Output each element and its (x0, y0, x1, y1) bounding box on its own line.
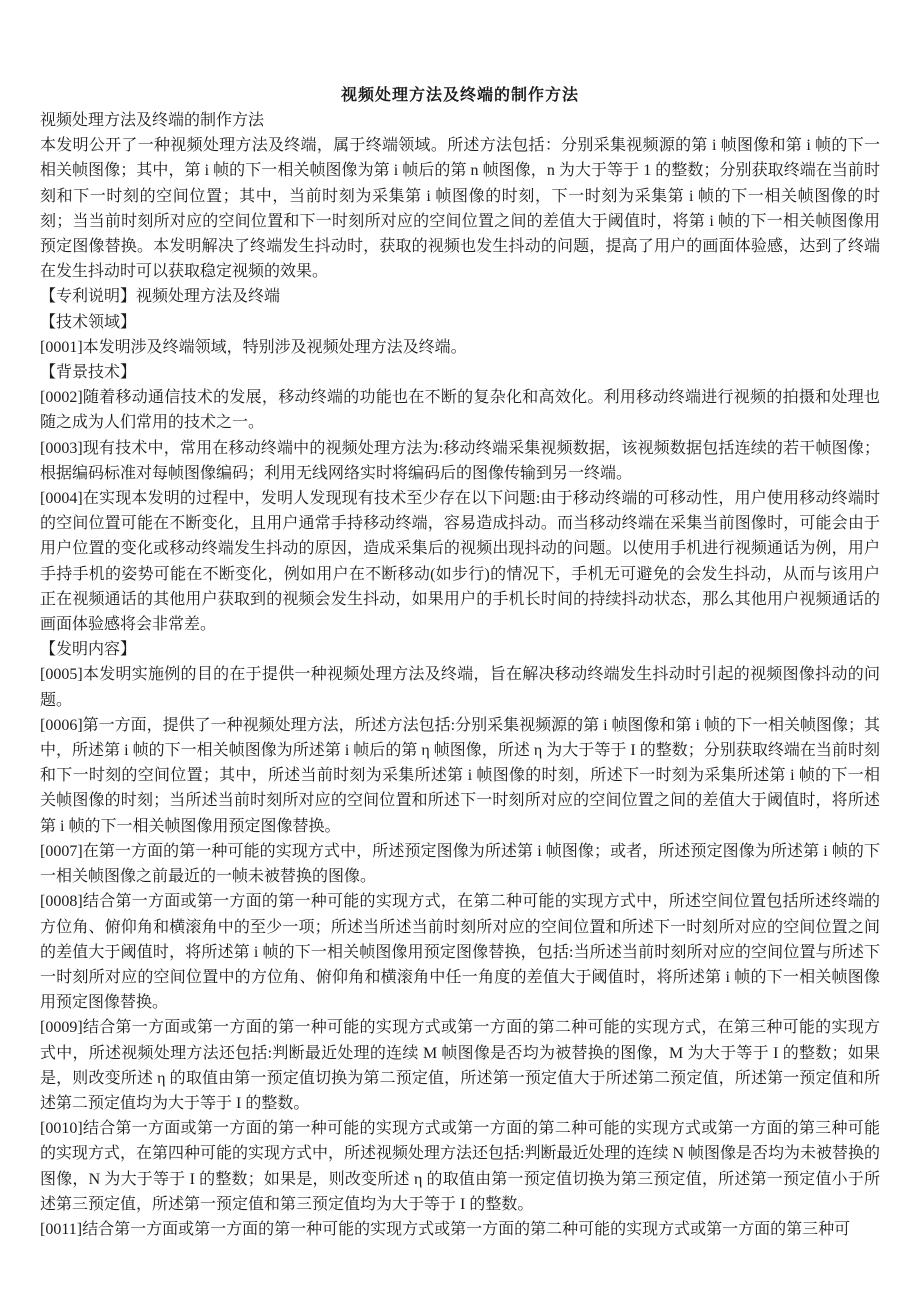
document-title: 视频处理方法及终端的制作方法 (40, 83, 880, 108)
paragraph-0001: [0001]本发明涉及终端领域，特别涉及视频处理方法及终端。 (40, 335, 880, 360)
patent-document-page: 视频处理方法及终端的制作方法 视频处理方法及终端的制作方法 本发明公开了一种视频… (0, 0, 920, 1302)
document-body: 视频处理方法及终端的制作方法 本发明公开了一种视频处理方法及终端，属于终端领域。… (40, 108, 880, 1242)
paragraph-0011-truncated: [0011]结合第一方面或第一方面的第一种可能的实现方式或第一方面的第二种可能的… (40, 1217, 880, 1242)
paragraph-0005: [0005]本发明实施例的目的在于提供一种视频处理方法及终端，旨在解决移动终端发… (40, 662, 880, 712)
section-heading-background: 【背景技术】 (40, 360, 880, 385)
paragraph-0006: [0006]第一方面，提供了一种视频处理方法，所述方法包括:分别采集视频源的第 … (40, 713, 880, 839)
patent-description-line: 【专利说明】视频处理方法及终端 (40, 284, 880, 309)
paragraph-0004: [0004]在实现本发明的过程中，发明人发现现有技术至少存在以下问题:由于移动终… (40, 486, 880, 637)
section-heading-technical-field: 【技术领域】 (40, 310, 880, 335)
document-subtitle: 视频处理方法及终端的制作方法 (40, 108, 880, 133)
paragraph-0008: [0008]结合第一方面或第一方面的第一种可能的实现方式，在第二种可能的实现方式… (40, 889, 880, 1015)
paragraph-0003: [0003]现有技术中，常用在移动终端中的视频处理方法为:移动终端采集视频数据，… (40, 436, 880, 486)
paragraph-0007: [0007]在第一方面的第一种可能的实现方式中，所述预定图像为所述第 i 帧图像… (40, 839, 880, 889)
paragraph-0002: [0002]随着移动通信技术的发展，移动终端的功能也在不断的复杂化和高效化。利用… (40, 385, 880, 435)
abstract-paragraph: 本发明公开了一种视频处理方法及终端，属于终端领域。所述方法包括：分别采集视频源的… (40, 133, 880, 284)
section-heading-summary: 【发明内容】 (40, 637, 880, 662)
paragraph-0009: [0009]结合第一方面或第一方面的第一种可能的实现方式或第一方面的第二种可能的… (40, 1015, 880, 1116)
paragraph-0010: [0010]结合第一方面或第一方面的第一种可能的实现方式或第一方面的第二种可能的… (40, 1116, 880, 1217)
